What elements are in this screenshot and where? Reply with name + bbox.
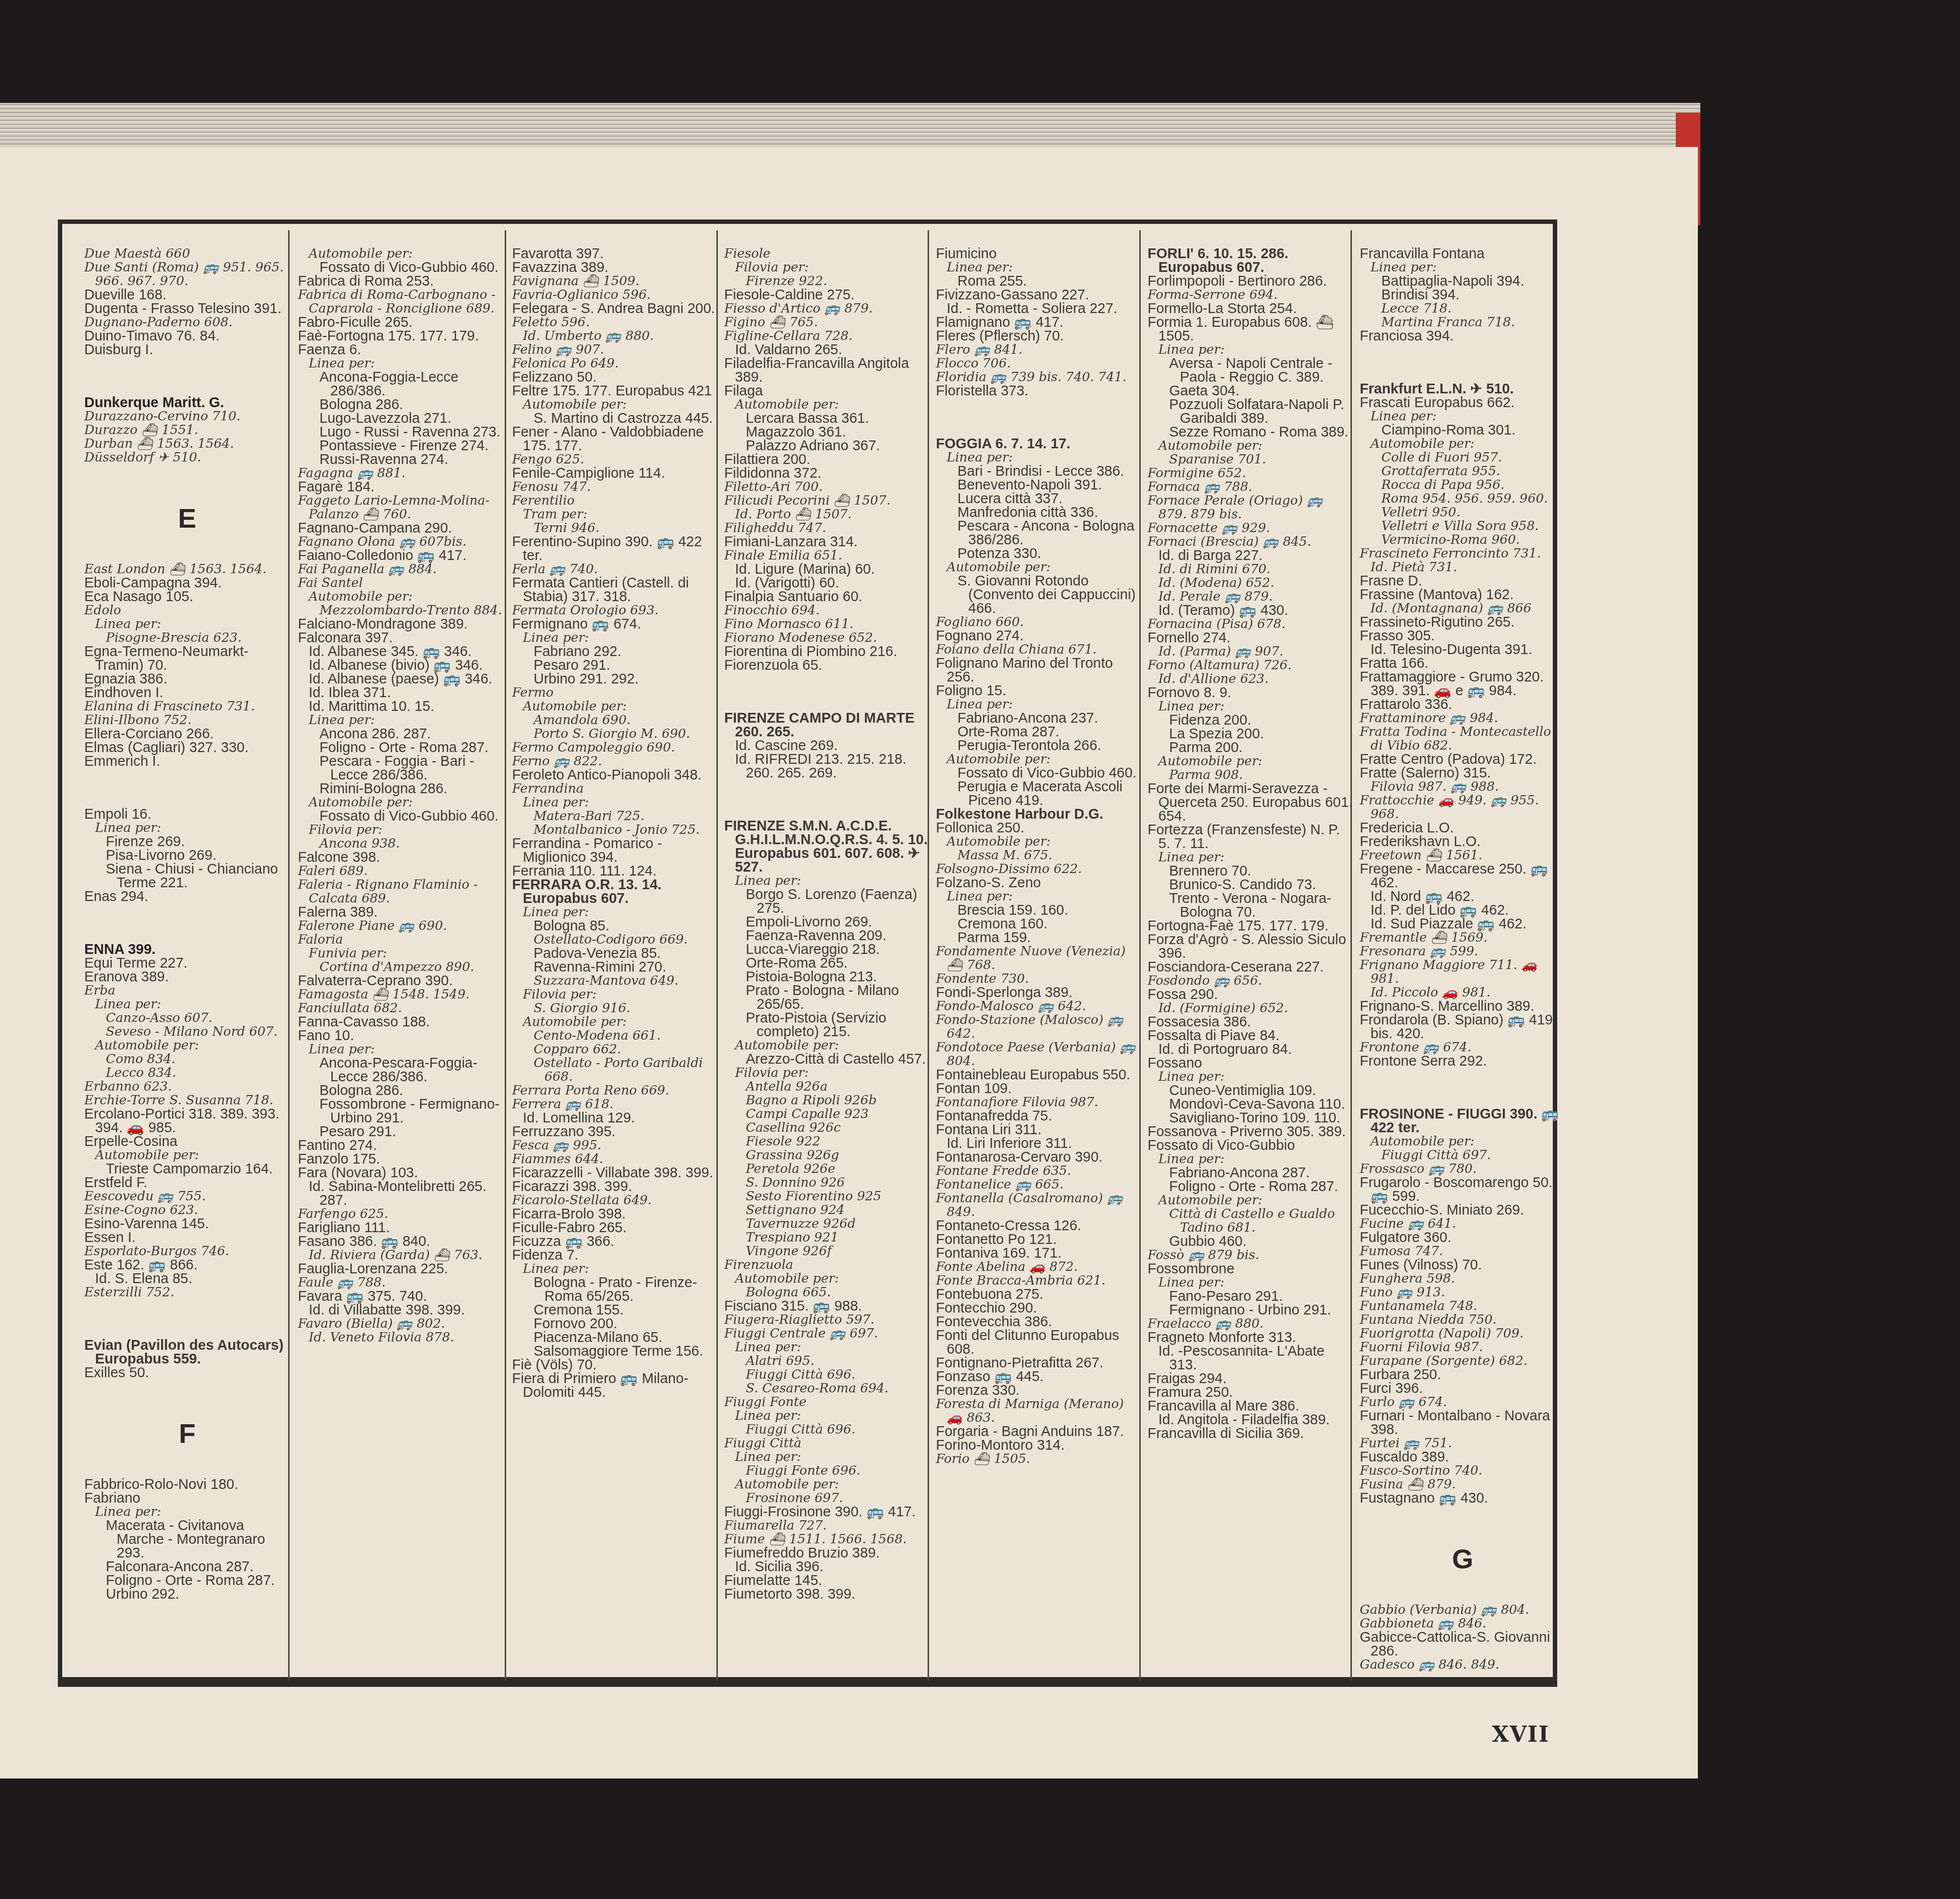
index-column-4: FiesoleFilovia per:Firenze 922.Fiesole-C… — [724, 247, 930, 1601]
index-entry: Falerone Piane 🚌 690. — [298, 919, 504, 933]
index-subentry: Colle di Fuori 957. — [1360, 451, 1566, 464]
index-entry: Fornacette 🚌 929. — [1148, 521, 1353, 535]
index-entry: Esporlato-Burgos 746. — [84, 1244, 290, 1258]
index-subentry: Id. Iblea 371. — [298, 686, 504, 700]
index-subentry: Id. Porto ⛴ 1507. — [724, 508, 930, 521]
index-subentry: Automobile per: — [512, 700, 718, 713]
index-entry: Este 162. 🚌 866. — [84, 1258, 290, 1272]
index-subentry: Fiesole 922 — [724, 1135, 930, 1148]
index-subentry: Linea per: — [1148, 1152, 1353, 1166]
index-entry: Fenile-Campiglione 114. — [512, 466, 718, 480]
index-entry: Exilles 50. — [84, 1366, 290, 1380]
index-entry: Fossacesia 386. — [1148, 1015, 1353, 1029]
index-entry: Furtei 🚌 751. — [1360, 1436, 1566, 1450]
index-entry: Fanzolo 175. — [298, 1152, 504, 1166]
index-entry: Düsseldorf ✈ 510. — [84, 451, 290, 464]
index-entry: Durban ⛴ 1563. 1564. — [84, 437, 290, 451]
index-subentry: Terni 946. — [512, 521, 718, 535]
index-subentry: Magazzolo 361. — [724, 425, 930, 439]
index-entry: Fiumarella 727. — [724, 1519, 930, 1533]
index-entry: Furapane (Sorgente) 682. — [1360, 1354, 1566, 1368]
index-subentry: Città di Castello e Gualdo Tadino 681. — [1148, 1207, 1353, 1235]
index-entry: Fiesso d'Artico 🚌 879. — [724, 302, 930, 316]
index-subentry: Id. Liri Inferiore 311. — [936, 1137, 1142, 1150]
index-subentry: Id. -Pescosannita- L'Abate 313. — [1148, 1344, 1353, 1372]
index-subentry: Urbino 291. 292. — [512, 672, 718, 686]
index-subentry: Linea per: — [936, 451, 1142, 464]
index-subentry: Parma 159. — [936, 931, 1142, 945]
index-entry: FOGGIA 6. 7. 14. 17. — [936, 437, 1142, 451]
index-entry: Fontanella (Casalromano) 🚌 849. — [936, 1192, 1142, 1219]
index-subentry: Pontassieve - Firenze 274. — [298, 439, 504, 453]
index-entry: Fortogna-Faè 175. 177. 179. — [1148, 919, 1353, 933]
index-entry: Ferrera 🚌 618. — [512, 1097, 718, 1111]
index-entry: Favaro (Biella) 🚌 802. — [298, 1317, 504, 1331]
index-entry: Folzano-S. Zeno — [936, 876, 1142, 890]
index-subentry: Linea per: — [936, 698, 1142, 711]
index-subentry: Vermicino-Roma 960. — [1360, 533, 1566, 547]
index-subentry: Cento-Modena 661. — [512, 1029, 718, 1043]
index-entry: Feletto 596. — [512, 316, 718, 329]
index-entry: Dugenta - Frasso Telesino 391. — [84, 302, 290, 316]
spacer — [84, 1314, 290, 1324]
index-entry: Fabrica di Roma-Carbognano - Caprarola -… — [298, 288, 504, 316]
section-letter: F — [84, 1419, 290, 1448]
index-subentry: Martina Franca 718. — [1360, 316, 1566, 329]
index-entry: Fermata Orologio 693. — [512, 604, 718, 617]
index-entry: Ferruzzano 395. — [512, 1125, 718, 1139]
index-entry: Felizzano 50. — [512, 370, 718, 384]
index-subentry: Id. di Rimini 670. — [1148, 562, 1353, 576]
index-entry: Forlimpopoli - Bertinoro 286. — [1148, 274, 1353, 288]
index-subentry: Linea per: — [1148, 1276, 1353, 1290]
index-entry: Gabicce-Cattolica-S. Giovanni 286. — [1360, 1631, 1566, 1658]
index-entry: Frankfurt E.L.N. ✈ 510. — [1360, 382, 1566, 396]
index-entry: Due Santi (Roma) 🚌 951. 965. 966. 967. 9… — [84, 261, 290, 288]
index-subentry: Perugia-Terontola 266. — [936, 739, 1142, 753]
index-subentry: Automobile per: — [84, 1148, 290, 1162]
index-subentry: Bagno a Ripoli 926b — [724, 1094, 930, 1107]
index-subentry: Bologna 286. — [298, 398, 504, 412]
index-subentry: Automobile per: — [298, 247, 504, 261]
index-subentry: Id. di Portogruaro 84. — [1148, 1043, 1353, 1056]
index-subentry: Linea per: — [936, 261, 1142, 274]
index-subentry: Id. Angitola - Filadelfia 389. — [1148, 1413, 1353, 1427]
index-entry: Furnari - Montalbano - Novara 398. — [1360, 1409, 1566, 1436]
index-entry: Esine-Cogno 623. — [84, 1203, 290, 1217]
index-subentry: Fossato di Vico-Gubbio 460. — [936, 766, 1142, 780]
index-entry: Fiammes 644. — [512, 1152, 718, 1166]
index-subentry: Linea per: — [512, 1262, 718, 1276]
index-entry: Fagnano Olona 🚌 607bis. — [298, 535, 504, 549]
index-entry: Falvaterra-Ceprano 390. — [298, 974, 504, 988]
spacer — [724, 686, 930, 697]
index-entry: Forza d'Agrò - S. Alessio Siculo 396. — [1148, 933, 1353, 960]
index-entry: Fara (Novara) 103. — [298, 1166, 504, 1180]
index-entry: Fratte (Salerno) 315. — [1360, 766, 1566, 780]
index-subentry: Lucca-Viareggio 218. — [724, 943, 930, 956]
index-subentry: Automobile per: — [936, 560, 1142, 574]
index-entry: Foiano della Chiana 671. — [936, 643, 1142, 657]
index-subentry: Campi Capalle 923 — [724, 1107, 930, 1121]
index-entry: Fleres (Pflersch) 70. — [936, 329, 1142, 343]
index-subentry: Orte-Roma 265. — [724, 956, 930, 970]
index-entry: Ercolano-Portici 318. 389. 393. 394. 🚗 9… — [84, 1107, 290, 1135]
index-entry: Fosdondo 🚌 656. — [1148, 974, 1353, 988]
index-entry: Fenosu 747. — [512, 480, 718, 494]
index-subentry: Ancona-Pescara-Foggia-Lecce 286/386. — [298, 1056, 504, 1084]
index-subentry: Grottaferrata 955. — [1360, 464, 1566, 478]
index-entry: Fontana Liri 311. — [936, 1123, 1142, 1137]
index-entry: Finale Emilia 651. — [724, 549, 930, 562]
index-entry: Fantino 274. — [298, 1139, 504, 1152]
index-subentry: Pisa-Livorno 269. — [84, 849, 290, 862]
index-entry: Faiano-Colledonio 🚌 417. — [298, 549, 504, 562]
index-subentry: Fornovo 200. — [512, 1317, 718, 1331]
page-number: XVII — [1492, 1722, 1549, 1747]
index-subentry: Id. (Parma) 🚌 907. — [1148, 645, 1353, 658]
index-entry: Esino-Varenna 145. — [84, 1217, 290, 1231]
index-subentry: Automobile per: — [1148, 1193, 1353, 1207]
index-entry: Fontan 109. — [936, 1082, 1142, 1096]
index-entry: Framura 250. — [1148, 1386, 1353, 1399]
index-subentry: Linea per: — [512, 905, 718, 919]
index-subentry: Fiuggi Città 696. — [724, 1368, 930, 1382]
index-entry: Frascineto Ferroncinto 731. — [1360, 547, 1566, 560]
index-entry: Ferrania 110. 111. 124. — [512, 864, 718, 878]
index-subentry: Vingone 926f — [724, 1244, 930, 1258]
index-entry: Foresta di Marniga (Merano) 🚗 863. — [936, 1397, 1142, 1425]
index-subentry: Antella 926a — [724, 1080, 930, 1094]
index-entry: Filaga — [724, 384, 930, 398]
index-entry: Forno (Altamura) 726. — [1148, 658, 1353, 672]
index-entry: Fresonara 🚌 599. — [1360, 945, 1566, 958]
index-entry: Frasso 305. — [1360, 629, 1566, 643]
index-entry: Fondi-Sperlonga 389. — [936, 986, 1142, 999]
index-subentry: Ancona 286. 287. — [298, 727, 504, 741]
index-subentry: Macerata - Civitanova Marche - Montegran… — [84, 1519, 290, 1560]
index-subentry: Linea per: — [84, 821, 290, 835]
index-subentry: Id. Perale 🚌 879. — [1148, 590, 1353, 604]
index-entry: Favarotta 397. — [512, 247, 718, 261]
index-subentry: Matera-Bari 725. — [512, 809, 718, 823]
index-entry: Fano 10. — [298, 1029, 504, 1043]
index-subentry: Trespiano 921 — [724, 1231, 930, 1244]
index-subentry: Id. Telesino-Dugenta 391. — [1360, 643, 1566, 657]
index-subentry: Id. Sicilia 396. — [724, 1560, 930, 1574]
index-subentry: Casellina 926c — [724, 1121, 930, 1135]
index-subentry: Automobile per: — [724, 1272, 930, 1286]
index-subentry: Pescara - Ancona - Bologna 386/286. — [936, 519, 1142, 547]
index-entry: Frondarola (B. Spiano) 🚌 419 bis. 420. — [1360, 1013, 1566, 1041]
index-entry: Fregene - Maccarese 250. 🚌 462. — [1360, 862, 1566, 890]
index-subentry: Id. Valdarno 265. — [724, 343, 930, 357]
index-entry: Famagosta ⛴ 1548. 1549. — [298, 988, 504, 1001]
index-entry: Fuorigrotta (Napoli) 709. — [1360, 1327, 1566, 1340]
index-subentry: Piacenza-Milano 65. — [512, 1331, 718, 1344]
index-entry: Ellera-Corciano 266. — [84, 727, 290, 741]
index-entry: Funtanamela 748. — [1360, 1299, 1566, 1313]
index-subentry: Linea per: — [724, 874, 930, 888]
index-entry: Eboli-Campagna 394. — [84, 576, 290, 590]
index-entry: Ficarra-Brolo 398. — [512, 1207, 718, 1221]
index-subentry: Fossato di Vico-Gubbio 460. — [298, 809, 504, 823]
index-entry: Fuorni Filovia 987. — [1360, 1340, 1566, 1354]
index-subentry: Frosinone 697. — [724, 1491, 930, 1505]
index-entry: Firenzuola — [724, 1258, 930, 1272]
index-column-1: Due Maestà 660Due Santi (Roma) 🚌 951. 96… — [84, 247, 290, 1601]
index-entry: Flamignano 🚌 417. — [936, 316, 1142, 329]
index-entry: Fiumefreddo Bruzio 389. — [724, 1546, 930, 1560]
index-entry: Fornacina (Pisa) 678. — [1148, 617, 1353, 631]
index-entry: Ferrara Porta Reno 669. — [512, 1084, 718, 1097]
index-subentry: Ciampino-Roma 301. — [1360, 423, 1566, 437]
index-entry: Fiera di Primiero 🚌 Milano-Dolomiti 445. — [512, 1372, 718, 1399]
index-subentry: Massa M. 675. — [936, 849, 1142, 862]
index-entry: Fontanarosa-Cervaro 390. — [936, 1150, 1142, 1164]
index-entry: Esterzilli 752. — [84, 1286, 290, 1299]
index-entry: Favazzina 389. — [512, 261, 718, 274]
index-subentry: Amandola 690. — [512, 713, 718, 727]
index-entry: Fermo — [512, 686, 718, 700]
index-entry: East London ⛴ 1563. 1564. — [84, 562, 290, 576]
index-entry: Faleria - Rignano Flaminio -Calcata 689. — [298, 878, 504, 905]
index-entry: Filadelfia-Francavilla Angitola 389. — [724, 357, 930, 384]
index-entry: Finalpia Santuario 60. — [724, 590, 930, 604]
index-subentry: Fabriano-Ancona 237. — [936, 711, 1142, 725]
index-entry: Fiumetorto 398. 399. — [724, 1587, 930, 1601]
index-entry: Fermignano 🚌 674. — [512, 617, 718, 631]
index-entry: Emmerich I. — [84, 755, 290, 768]
index-subentry: Tram per: — [512, 508, 718, 521]
index-subentry: Fabriano 292. — [512, 645, 718, 658]
index-subentry: Fossombrone - Fermignano-Urbino 291. — [298, 1097, 504, 1125]
index-subentry: Sezze Romano - Roma 389. — [1148, 425, 1353, 439]
index-subentry: Bologna 665. — [724, 1286, 930, 1299]
index-entry: Fosciandora-Ceserana 227. — [1148, 960, 1353, 974]
index-entry: Falconara 397. — [298, 631, 504, 645]
index-entry: Fiumelatte 145. — [724, 1574, 930, 1587]
index-subentry: Id. Marittima 10. 15. — [298, 700, 504, 713]
section-letter: G — [1360, 1544, 1566, 1574]
index-entry: Felino 🚌 907. — [512, 343, 718, 357]
index-entry: Freetown ⛴ 1561. — [1360, 849, 1566, 862]
index-subentry: Linea per: — [1360, 261, 1566, 274]
index-entry: Fontanetto Po 121. — [936, 1233, 1142, 1246]
index-entry: Frattocchie 🚗 949. 🚌 955. 968. — [1360, 794, 1566, 821]
index-subentry: Manfredonia città 336. — [936, 506, 1142, 519]
index-subentry: Trento - Verona - Nogara-Bologna 70. — [1148, 892, 1353, 919]
index-subentry: Automobile per: — [724, 1039, 930, 1052]
index-entry: Faleri 689. — [298, 864, 504, 878]
index-subentry: Id. Pietà 731. — [1360, 560, 1566, 574]
index-subentry: Pesaro 291. — [298, 1125, 504, 1139]
index-entry: Frassineto-Rigutino 265. — [1360, 615, 1566, 629]
index-subentry: Linea per: — [84, 1505, 290, 1519]
index-entry: Formigine 652. — [1148, 466, 1353, 480]
index-entry: Fesca 🚌 995. — [512, 1139, 718, 1152]
index-entry: Fontecchio 290. — [936, 1301, 1142, 1315]
index-entry: Fontanelice 🚌 665. — [936, 1178, 1142, 1192]
book-page-edges — [0, 103, 1700, 152]
index-subentry: Foligno - Orte - Roma 287. — [1148, 1180, 1353, 1193]
index-subentry: Cremona 155. — [512, 1303, 718, 1317]
index-entry: Ficulle-Fabro 265. — [512, 1221, 718, 1235]
index-entry: Durazzo ⛴ 1551. — [84, 423, 290, 437]
index-entry: Frignano Maggiore 711. 🚗 981. — [1360, 958, 1566, 986]
index-entry: Fiumicino — [936, 247, 1142, 261]
index-subentry: Linea per: — [724, 1450, 930, 1464]
index-entry: Frignano-S. Marcellino 389. — [1360, 999, 1566, 1013]
index-subentry: Automobile per: — [724, 398, 930, 412]
index-subentry: Linea per: — [298, 357, 504, 370]
index-entry: Fossanova - Priverno 305. 389. — [1148, 1125, 1353, 1139]
index-subentry: Rocca di Papa 956. — [1360, 478, 1566, 492]
index-entry: Frattarolo 336. — [1360, 698, 1566, 711]
index-entry: FORLI' 6. 10. 15. 286. Europabus 607. — [1148, 247, 1353, 274]
index-subentry: Mondovì-Ceva-Savona 110. — [1148, 1097, 1353, 1111]
index-entry: Filicudi Pecorini ⛴ 1507. — [724, 494, 930, 508]
index-entry: Fraigas 294. — [1148, 1372, 1353, 1386]
index-subentry: Linea per: — [1148, 851, 1353, 864]
index-subentry: Id. di Barga 227. — [1148, 549, 1353, 562]
index-subentry: Id. (Modena) 652. — [1148, 576, 1353, 590]
index-entry: Fidenza 7. — [512, 1248, 718, 1262]
column-divider — [505, 230, 506, 1680]
index-subentry: Linea per: — [936, 890, 1142, 903]
index-entry: Due Maestà 660 — [84, 247, 290, 261]
index-entry: Fasano 386. 🚌 840. — [298, 1235, 504, 1248]
index-subentry: Parma 200. — [1148, 741, 1353, 755]
index-entry: Fonzaso 🚌 445. — [936, 1370, 1142, 1384]
index-subentry: Id. RIFREDI 213. 215. 218. 260. 265. 269… — [724, 753, 930, 780]
index-entry: Ficarazzelli - Villabate 398. 399. — [512, 1166, 718, 1180]
index-entry: Fanna-Cavasso 188. — [298, 1015, 504, 1029]
index-subentry: Salsomaggiore Terme 156. — [512, 1344, 718, 1358]
index-entry: Fiesole-Caldine 275. — [724, 288, 930, 302]
index-entry: Egnazia 386. — [84, 672, 290, 686]
index-subentry: Roma 255. — [936, 274, 1142, 288]
index-subentry: S. Cesareo-Roma 694. — [724, 1382, 930, 1395]
index-subentry: Lercara Bassa 361. — [724, 412, 930, 425]
index-entry: Fiume ⛴ 1511. 1566. 1568. — [724, 1533, 930, 1546]
index-entry: Follonica 250. — [936, 821, 1142, 835]
index-entry: Furbara 250. — [1360, 1368, 1566, 1382]
index-entry: Eranova 389. — [84, 970, 290, 984]
index-subentry: Bologna 85. — [512, 919, 718, 933]
index-subentry: Faenza-Ravenna 209. — [724, 929, 930, 943]
index-entry: Fontignano-Pietrafitta 267. — [936, 1356, 1142, 1370]
index-subentry: Seveso - Milano Nord 607. — [84, 1025, 290, 1039]
index-entry: Fiè (Völs) 70. — [512, 1358, 718, 1372]
index-entry: Floridia 🚌 739 bis. 740. 741. — [936, 370, 1142, 384]
index-entry: Faenza 6. — [298, 343, 504, 357]
index-subentry: Linea per: — [512, 796, 718, 809]
index-entry: Finocchio 694. — [724, 604, 930, 617]
index-entry: Fratta 166. — [1360, 657, 1566, 670]
index-entry: Fildidonna 372. — [724, 466, 930, 480]
index-entry: Felonica Po 649. — [512, 357, 718, 370]
index-entry: Eescovedu 🚌 755. — [84, 1190, 290, 1203]
index-entry: Forenza 330. — [936, 1384, 1142, 1397]
index-subentry: Ostellato - Porto Garibaldi 668. — [512, 1056, 718, 1084]
index-entry: Fener - Alano - Valdobbiadene 175. 177. — [512, 425, 718, 453]
index-entry: Fiorentina di Piombino 216. — [724, 645, 930, 658]
index-subentry: Padova-Venezia 85. — [512, 947, 718, 960]
index-entry: Fustagnano 🚌 430. — [1360, 1491, 1566, 1505]
index-subentry: Lugo-Lavezzola 271. — [298, 412, 504, 425]
index-subentry: S. Giorgio 916. — [512, 1001, 718, 1015]
index-subentry: Id. d'Allione 623. — [1148, 672, 1353, 686]
index-column-5: FiumicinoLinea per:Roma 255.Fivizzano-Ga… — [936, 247, 1142, 1466]
index-entry: Fortezza (Franzensfeste) N. P. 5. 7. 11. — [1148, 823, 1353, 851]
section-letter: E — [84, 504, 290, 533]
index-entry: Funghera 598. — [1360, 1272, 1566, 1286]
index-entry: Fraelacco 🚌 880. — [1148, 1317, 1353, 1331]
index-entry: Fonte Abelina 🚗 872. — [936, 1260, 1142, 1274]
index-entry: Fumosa 747. — [1360, 1244, 1566, 1258]
index-entry: Formia 1. Europabus 608. ⛴ 1505. — [1148, 316, 1353, 343]
index-entry: Fontainebleau Europabus 550. — [936, 1068, 1142, 1082]
index-subentry: S. Martino di Castrozza 445. — [512, 412, 718, 425]
index-entry: Fusco-Sortino 740. — [1360, 1464, 1566, 1478]
index-subentry: Ancona-Foggia-Lecce 286/386. — [298, 370, 504, 398]
index-entry: Erchie-Torre S. Susanna 718. — [84, 1094, 290, 1107]
index-entry: Frasne D. — [1360, 574, 1566, 588]
index-entry: Fontane Fredde 635. — [936, 1164, 1142, 1178]
index-entry: Fornaci (Brescia) 🚌 845. — [1148, 535, 1353, 549]
index-subentry: Fermignano - Urbino 291. — [1148, 1303, 1353, 1317]
index-entry: Forte dei Marmi-Seravezza -Querceta 250.… — [1148, 782, 1353, 823]
index-subentry: Bologna - Prato - Firenze-Roma 65/265. — [512, 1276, 718, 1303]
index-entry: Flero 🚌 841. — [936, 343, 1142, 357]
spacer — [84, 782, 290, 793]
index-subentry: Falconara-Ancona 287. — [84, 1560, 290, 1574]
index-entry: Fiorenzuola 65. — [724, 658, 930, 672]
index-entry: Fai Santel — [298, 576, 504, 590]
index-subentry: Filovia 987. 🚌 988. — [1360, 780, 1566, 794]
index-entry: Fiuggi-Frosinone 390. 🚌 417. — [724, 1505, 930, 1519]
index-subentry: Id. P. del Lido 🚌 462. — [1360, 903, 1566, 917]
index-subentry: Siena - Chiusi - Chianciano Terme 221. — [84, 862, 290, 890]
index-entry: Frugarolo - Boscomarengo 50. 🚌 599. — [1360, 1176, 1566, 1203]
spacer — [1360, 1082, 1566, 1093]
index-entry: Evian (Pavillon des Autocars) Europabus … — [84, 1339, 290, 1366]
index-subentry: Id. Lomellina 129. — [512, 1111, 718, 1125]
index-entry: Forino-Montoro 314. — [936, 1438, 1142, 1452]
spacer — [84, 371, 290, 382]
index-entry: Fognano 274. — [936, 629, 1142, 643]
index-subentry: Fiuggi Città 697. — [1360, 1148, 1566, 1162]
index-entry: Fagnano-Campana 290. — [298, 521, 504, 535]
index-subentry: Montalbanico - Jonio 725. — [512, 823, 718, 837]
index-subentry: Linea per: — [512, 631, 718, 645]
index-entry: Falerna 389. — [298, 905, 504, 919]
index-subentry: Brennero 70. — [1148, 864, 1353, 878]
index-subentry: Foligno - Orte - Roma 287. — [84, 1574, 290, 1587]
index-subentry: Fossato di Vico-Gubbio 460. — [298, 261, 504, 274]
index-entry: Durazzano-Cervino 710. — [84, 410, 290, 423]
index-entry: Fornovo 8. 9. — [1148, 686, 1353, 700]
index-subentry: Linea per: — [1360, 410, 1566, 423]
index-subentry: Linea per: — [724, 1409, 930, 1423]
index-entry: Fornaca 🚌 788. — [1148, 480, 1353, 494]
index-entry: Empoli 16. — [84, 807, 290, 821]
index-subentry: Como 834. — [84, 1052, 290, 1066]
index-entry: Fabrica di Roma 253. — [298, 274, 504, 288]
index-entry: Duisburg I. — [84, 343, 290, 357]
index-entry: Fontanafiore Filovia 987. — [936, 1096, 1142, 1109]
